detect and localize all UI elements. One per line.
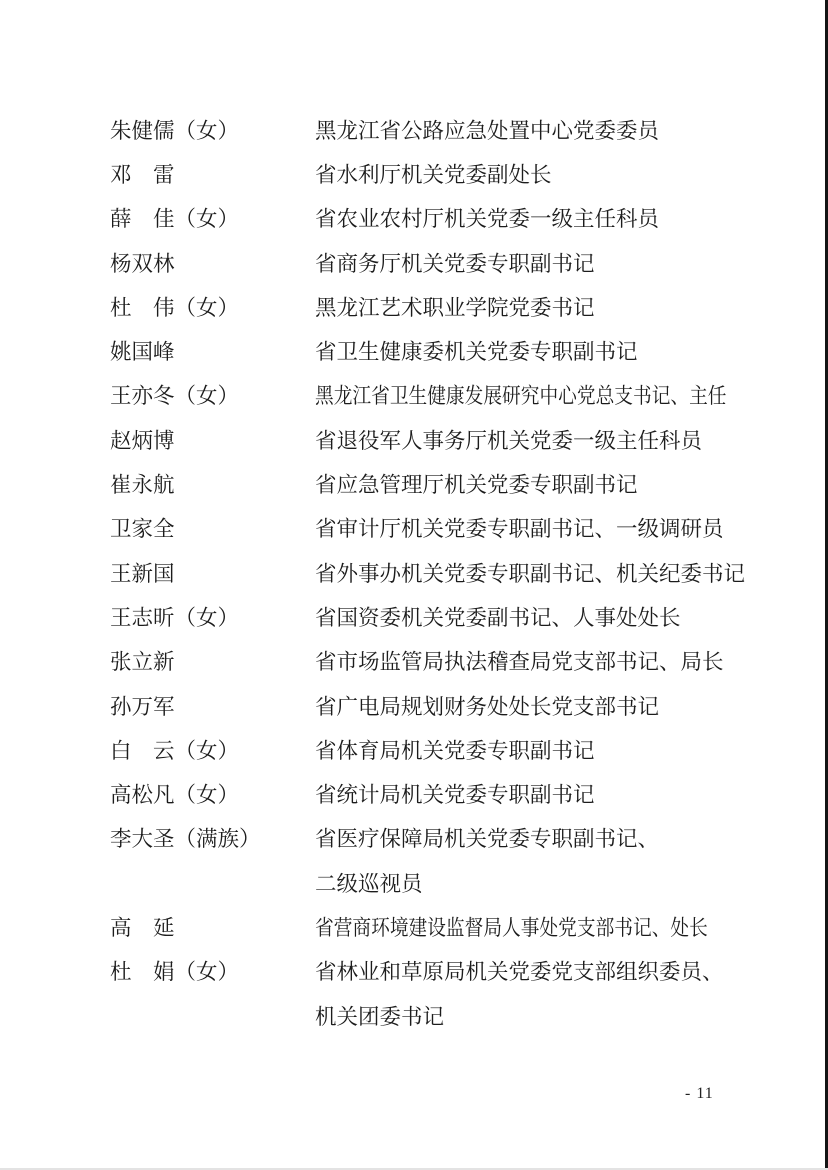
- roster-row: 卫家全 省审计厅机关党委专职副书记、一级调研员: [110, 506, 770, 550]
- roster-row-continuation: 二级巡视员: [110, 860, 770, 904]
- person-position: 黑龙江艺术职业学院党委书记: [315, 291, 595, 322]
- person-position: 省卫生健康委机关党委专职副书记: [315, 335, 638, 366]
- person-position: 省统计局机关党委专职副书记: [315, 778, 595, 809]
- person-position: 省市场监管局执法稽查局党支部书记、局长: [315, 645, 724, 676]
- person-name: 姚国峰: [110, 335, 315, 366]
- roster-row: 白 云（女） 省体育局机关党委专职副书记: [110, 727, 770, 771]
- person-position: 省体育局机关党委专职副书记: [315, 734, 595, 765]
- roster-row: 赵炳博 省退役军人事务厅机关党委一级主任科员: [110, 417, 770, 461]
- person-position: 省应急管理厅机关党委专职副书记: [315, 468, 638, 499]
- person-name: 高 延: [110, 911, 315, 942]
- roster-row: 高 延 省营商环境建设监督局人事处党支部书记、处长: [110, 904, 770, 948]
- person-name: 王新国: [110, 557, 315, 588]
- roster-list: 朱健儒（女） 黑龙江省公路应急处置中心党委委员 邓 雷 省水利厅机关党委副处长 …: [110, 107, 770, 1037]
- roster-row: 张立新 省市场监管局执法稽查局党支部书记、局长: [110, 639, 770, 683]
- person-name: 张立新: [110, 645, 315, 676]
- person-name: 杜 娟（女）: [110, 955, 315, 986]
- person-name: 高松凡（女）: [110, 778, 315, 809]
- person-position: 省商务厅机关党委专职副书记: [315, 247, 595, 278]
- person-name: 白 云（女）: [110, 734, 315, 765]
- person-position: 黑龙江省公路应急处置中心党委委员: [315, 114, 659, 145]
- roster-row: 崔永航 省应急管理厅机关党委专职副书记: [110, 461, 770, 505]
- roster-row: 朱健儒（女） 黑龙江省公路应急处置中心党委委员: [110, 107, 770, 151]
- person-name: 杜 伟（女）: [110, 291, 315, 322]
- person-position: 省退役军人事务厅机关党委一级主任科员: [315, 424, 702, 455]
- roster-row: 王新国 省外事办机关党委专职副书记、机关纪委书记: [110, 550, 770, 594]
- person-name: 邓 雷: [110, 158, 315, 189]
- person-name: 王志昕（女）: [110, 601, 315, 632]
- roster-row: 邓 雷 省水利厅机关党委副处长: [110, 151, 770, 195]
- person-position: 省营商环境建设监督局人事处党支部书记、处长: [315, 911, 708, 942]
- roster-row: 王志昕（女） 省国资委机关党委副书记、人事处处长: [110, 594, 770, 638]
- document-page: 朱健儒（女） 黑龙江省公路应急处置中心党委委员 邓 雷 省水利厅机关党委副处长 …: [0, 0, 828, 1170]
- roster-row: 高松凡（女） 省统计局机关党委专职副书记: [110, 771, 770, 815]
- roster-row: 孙万军 省广电局规划财务处处长党支部书记: [110, 683, 770, 727]
- person-name: 薛 佳（女）: [110, 202, 315, 233]
- roster-row: 王亦冬（女） 黑龙江省卫生健康发展研究中心党总支书记、主任: [110, 373, 770, 417]
- person-name: 赵炳博: [110, 424, 315, 455]
- roster-row: 杜 伟（女） 黑龙江艺术职业学院党委书记: [110, 284, 770, 328]
- person-position: 省农业农村厅机关党委一级主任科员: [315, 202, 659, 233]
- person-position: 省广电局规划财务处处长党支部书记: [315, 690, 659, 721]
- roster-row-continuation: 机关团委书记: [110, 993, 770, 1037]
- person-position: 省林业和草原局机关党委党支部组织委员、: [315, 955, 724, 986]
- person-name: 朱健儒（女）: [110, 114, 315, 145]
- person-name: 王亦冬（女）: [110, 379, 315, 410]
- roster-row: 李大圣（满族） 省医疗保障局机关党委专职副书记、: [110, 816, 770, 860]
- person-name: 孙万军: [110, 690, 315, 721]
- person-name: 卫家全: [110, 512, 315, 543]
- roster-row: 杜 娟（女） 省林业和草原局机关党委党支部组织委员、: [110, 949, 770, 993]
- person-position-line2: 二级巡视员: [315, 867, 423, 898]
- person-position: 省国资委机关党委副书记、人事处处长: [315, 601, 681, 632]
- page-number: - 11: [685, 1085, 714, 1103]
- person-name: 崔永航: [110, 468, 315, 499]
- person-name: 杨双林: [110, 247, 315, 278]
- roster-row: 杨双林 省商务厅机关党委专职副书记: [110, 240, 770, 284]
- person-name: 李大圣（满族）: [110, 822, 315, 853]
- person-position: 黑龙江省卫生健康发展研究中心党总支书记、主任: [315, 379, 727, 410]
- person-position-line2: 机关团委书记: [315, 1000, 444, 1031]
- roster-row: 薛 佳（女） 省农业农村厅机关党委一级主任科员: [110, 196, 770, 240]
- person-position: 省水利厅机关党委副处长: [315, 158, 552, 189]
- roster-row: 姚国峰 省卫生健康委机关党委专职副书记: [110, 328, 770, 372]
- person-position: 省外事办机关党委专职副书记、机关纪委书记: [315, 557, 745, 588]
- person-position: 省审计厅机关党委专职副书记、一级调研员: [315, 512, 724, 543]
- person-position: 省医疗保障局机关党委专职副书记、: [315, 822, 659, 853]
